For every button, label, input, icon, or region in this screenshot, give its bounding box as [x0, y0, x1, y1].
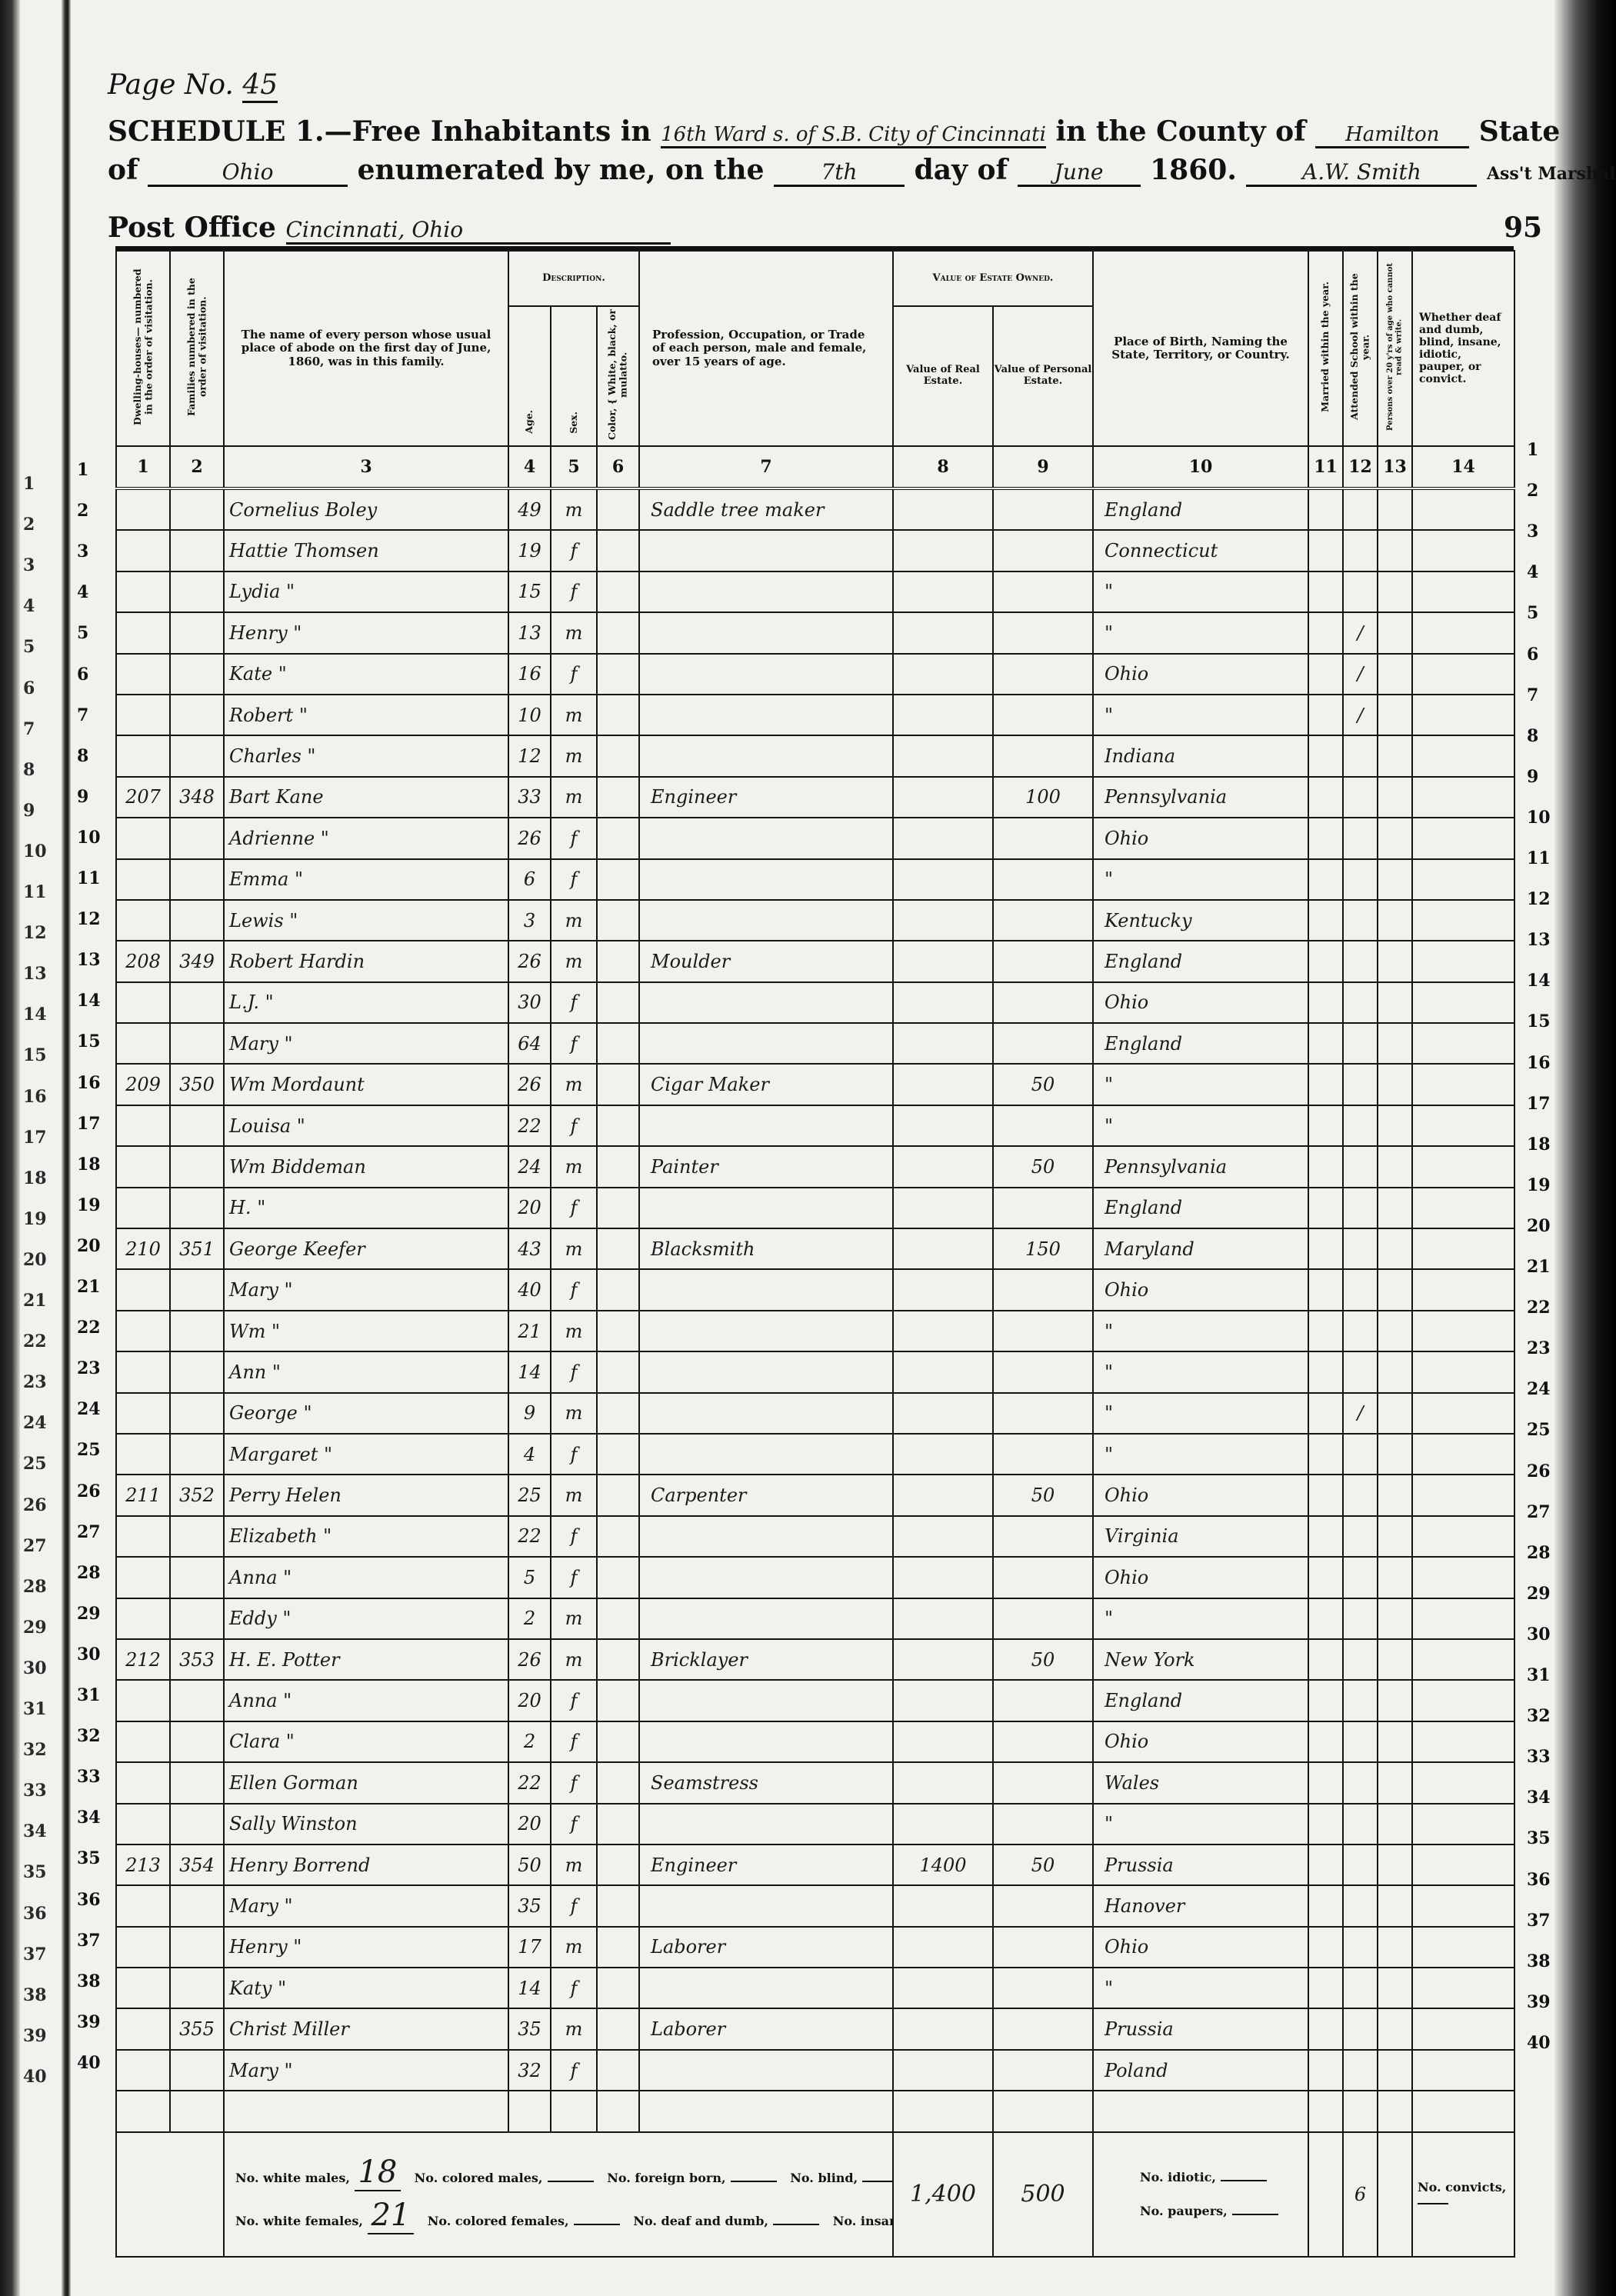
table-row: Mary "40fOhio	[116, 1269, 1514, 1310]
condition	[1412, 2008, 1514, 2049]
birthplace: "	[1093, 695, 1308, 735]
occupation	[639, 982, 893, 1023]
person-name: Mary "	[224, 2050, 508, 2091]
color	[597, 2008, 639, 2049]
table-row: Mary "32fPoland	[116, 2050, 1514, 2091]
real-estate-value	[893, 1105, 993, 1146]
person-name: Elizabeth "	[224, 1516, 508, 1557]
illiterate-mark	[1378, 735, 1412, 776]
dwelling-number	[116, 1146, 170, 1187]
line-number: 4	[1527, 562, 1558, 582]
family-number	[170, 488, 224, 530]
birthplace: "	[1093, 1598, 1308, 1639]
sex: f	[551, 1188, 597, 1228]
ghost-line-number: 7	[23, 719, 35, 739]
line-number: 12	[77, 909, 108, 929]
line-number: 12	[1527, 889, 1558, 909]
age: 26	[508, 818, 551, 858]
color	[597, 1968, 639, 2008]
birthplace: "	[1093, 1393, 1308, 1434]
sex: m	[551, 488, 597, 530]
illiterate-mark	[1378, 1885, 1412, 1926]
dwelling-number	[116, 612, 170, 653]
col-header-illiterate: Persons over 20 y'rs of age who cannot r…	[1378, 251, 1412, 446]
school-mark	[1343, 1146, 1378, 1187]
real-estate-value	[893, 1064, 993, 1105]
school-mark	[1343, 1927, 1378, 1968]
occupation: Saddle tree maker	[639, 488, 893, 530]
person-name: Wm Mordaunt	[224, 1064, 508, 1105]
school-mark	[1343, 1228, 1378, 1269]
line-number: 23	[77, 1358, 108, 1378]
sex: m	[551, 1064, 597, 1105]
personal-estate-value	[993, 1023, 1093, 1064]
sex: f	[551, 1968, 597, 2008]
age: 9	[508, 1393, 551, 1434]
illiterate-mark	[1378, 1064, 1412, 1105]
family-number: 352	[170, 1475, 224, 1515]
white-females-count: 21	[368, 2198, 414, 2234]
ghost-line-number: 19	[23, 1209, 47, 1229]
birthplace: New York	[1093, 1639, 1308, 1680]
condition	[1412, 2091, 1514, 2131]
person-name: George "	[224, 1393, 508, 1434]
personal-estate-value	[993, 1393, 1093, 1434]
occupation	[639, 1105, 893, 1146]
line-number: 39	[1527, 1992, 1558, 2012]
personal-estate-value	[993, 1968, 1093, 2008]
table-row: Henry "17mLaborerOhio	[116, 1927, 1514, 1968]
line-number: 32	[1527, 1706, 1558, 1726]
school-mark	[1343, 1475, 1378, 1515]
line-number: 39	[77, 2012, 108, 2032]
col-header-real-estate: Value of Real Estate.	[893, 306, 993, 446]
ghost-line-number: 11	[23, 882, 47, 902]
personal-estate-value	[993, 2008, 1093, 2049]
person-name: Ellen Gorman	[224, 1762, 508, 1803]
condition	[1412, 1885, 1514, 1926]
married-mark	[1308, 1064, 1343, 1105]
birthplace: Ohio	[1093, 818, 1308, 858]
condition	[1412, 777, 1514, 818]
age: 20	[508, 1188, 551, 1228]
line-number: 18	[77, 1155, 108, 1175]
line-number: 6	[1527, 645, 1558, 665]
occupation: Cigar Maker	[639, 1064, 893, 1105]
blind-blank	[862, 2181, 893, 2182]
line-number: 40	[77, 2053, 108, 2073]
married-mark	[1308, 1311, 1343, 1351]
personal-estate-value	[993, 2050, 1093, 2091]
occupation: Laborer	[639, 1927, 893, 1968]
birthplace: Prussia	[1093, 1844, 1308, 1885]
age: 6	[508, 859, 551, 900]
sex: m	[551, 1598, 597, 1639]
line-number: 26	[1527, 1461, 1558, 1481]
personal-estate-value	[993, 1311, 1093, 1351]
line-number: 3	[1527, 522, 1558, 542]
condition	[1412, 1311, 1514, 1351]
family-number	[170, 1557, 224, 1598]
married-mark	[1308, 1434, 1343, 1475]
family-number: 353	[170, 1639, 224, 1680]
line-number: 30	[77, 1645, 108, 1665]
school-mark	[1343, 941, 1378, 981]
person-name: Wm "	[224, 1311, 508, 1351]
real-estate-value	[893, 1885, 993, 1926]
column-number: 2	[170, 446, 224, 488]
occupation	[639, 1804, 893, 1844]
school-mark	[1343, 1557, 1378, 1598]
person-name: Henry Borrend	[224, 1844, 508, 1885]
ghost-line-number: 40	[23, 2067, 47, 2087]
age: 26	[508, 1064, 551, 1105]
dwelling-number	[116, 859, 170, 900]
person-name: Mary "	[224, 1269, 508, 1310]
age: 14	[508, 1351, 551, 1392]
family-number	[170, 1311, 224, 1351]
condition	[1412, 735, 1514, 776]
occupation	[639, 1516, 893, 1557]
birthplace: England	[1093, 488, 1308, 530]
family-number	[170, 818, 224, 858]
illiterate-mark	[1378, 488, 1412, 530]
color	[597, 1228, 639, 1269]
real-estate-value	[893, 572, 993, 612]
table-row: Kate "16fOhio/	[116, 654, 1514, 695]
year: 1860.	[1150, 154, 1237, 186]
col-group-description: Description.	[508, 251, 639, 306]
occupation	[639, 1269, 893, 1310]
color	[597, 1844, 639, 1885]
personal-estate-value	[993, 488, 1093, 530]
age	[508, 2091, 551, 2131]
line-number: 15	[1527, 1011, 1558, 1031]
sex: f	[551, 1557, 597, 1598]
line-number: 15	[77, 1031, 108, 1051]
age: 2	[508, 1598, 551, 1639]
married-mark	[1308, 1228, 1343, 1269]
age: 22	[508, 1516, 551, 1557]
real-estate-value	[893, 1434, 993, 1475]
column-number: 7	[639, 446, 893, 488]
real-estate-total: 1,400	[893, 2132, 993, 2257]
birthplace: "	[1093, 572, 1308, 612]
table-row: 213354Henry Borrend50mEngineer140050Prus…	[116, 1844, 1514, 1885]
age: 30	[508, 982, 551, 1023]
real-estate-value	[893, 2091, 993, 2131]
line-number: 31	[1527, 1665, 1558, 1685]
married-mark	[1308, 818, 1343, 858]
page-number-line: Page No. 45	[108, 69, 278, 103]
table-row: Ellen Gorman22fSeamstressWales	[116, 1762, 1514, 1803]
real-estate-value	[893, 1639, 993, 1680]
family-number	[170, 1927, 224, 1968]
ghost-line-number: 33	[23, 1781, 47, 1801]
personal-estate-value	[993, 1680, 1093, 1721]
summary-idiotic-paupers: No. idiotic, No. paupers,	[1093, 2132, 1308, 2257]
table-row: Henry "13m"/	[116, 612, 1514, 653]
col-header-school: Attended School within the year.	[1343, 251, 1378, 446]
married-mark	[1308, 900, 1343, 941]
ghost-line-number: 36	[23, 1904, 47, 1924]
month-field: June	[1018, 159, 1141, 187]
family-number	[170, 572, 224, 612]
summary-married	[1308, 2132, 1343, 2257]
line-number: 24	[1527, 1379, 1558, 1399]
condition	[1412, 982, 1514, 1023]
table-row: Anna "20fEngland	[116, 1680, 1514, 1721]
person-name: Christ Miller	[224, 2008, 508, 2049]
sex: m	[551, 735, 597, 776]
real-estate-value	[893, 1188, 993, 1228]
line-number: 20	[77, 1236, 108, 1256]
real-estate-value	[893, 941, 993, 981]
family-number	[170, 1434, 224, 1475]
school-mark	[1343, 1105, 1378, 1146]
table-row	[116, 2091, 1514, 2131]
line-number: 30	[1527, 1625, 1558, 1645]
table-row: Mary "64fEngland	[116, 1023, 1514, 1064]
person-name: Charles "	[224, 735, 508, 776]
occupation	[639, 1393, 893, 1434]
color	[597, 1393, 639, 1434]
real-estate-value	[893, 1598, 993, 1639]
real-estate-value: 1400	[893, 1844, 993, 1885]
condition	[1412, 1393, 1514, 1434]
real-estate-value	[893, 488, 993, 530]
table-row: 355Christ Miller35mLaborerPrussia	[116, 2008, 1514, 2049]
foreign-born-blank	[731, 2181, 777, 2182]
sex: f	[551, 1762, 597, 1803]
person-name: Margaret "	[224, 1434, 508, 1475]
color	[597, 1557, 639, 1598]
real-estate-value	[893, 1228, 993, 1269]
dwelling-number	[116, 488, 170, 530]
line-number: 35	[77, 1848, 108, 1868]
condition	[1412, 695, 1514, 735]
dwelling-number	[116, 572, 170, 612]
condition	[1412, 488, 1514, 530]
col-group-estate: Value of Estate Owned.	[893, 251, 1093, 306]
family-number	[170, 612, 224, 653]
table-row: Lydia "15f"	[116, 572, 1514, 612]
married-mark	[1308, 1844, 1343, 1885]
dwelling-number	[116, 735, 170, 776]
birthplace: "	[1093, 612, 1308, 653]
county-field: Hamilton	[1315, 123, 1469, 148]
line-number: 11	[1527, 848, 1558, 868]
birthplace: Ohio	[1093, 1269, 1308, 1310]
col-header-name: The name of every person whose usual pla…	[224, 251, 508, 446]
ghost-line-number: 13	[23, 964, 47, 984]
column-number: 12	[1343, 446, 1378, 488]
sex: f	[551, 1269, 597, 1310]
sex: m	[551, 695, 597, 735]
birthplace: "	[1093, 1311, 1308, 1351]
line-number: 9	[77, 787, 108, 807]
illiterate-mark	[1378, 1927, 1412, 1968]
age: 35	[508, 2008, 551, 2049]
line-number: 13	[1527, 930, 1558, 950]
line-number: 21	[1527, 1257, 1558, 1277]
illiterate-mark	[1378, 982, 1412, 1023]
post-office-field: Cincinnati, Ohio	[286, 217, 671, 245]
occupation	[639, 612, 893, 653]
sex: f	[551, 530, 597, 571]
line-number: 22	[77, 1318, 108, 1338]
birthplace: Virginia	[1093, 1516, 1308, 1557]
paupers-blank	[1232, 2214, 1278, 2215]
personal-estate-value	[993, 530, 1093, 571]
person-name: George Keefer	[224, 1228, 508, 1269]
line-number: 20	[1527, 1216, 1558, 1236]
birthplace: Ohio	[1093, 1557, 1308, 1598]
color	[597, 2091, 639, 2131]
person-name: L.J. "	[224, 982, 508, 1023]
line-number: 2	[1527, 481, 1558, 501]
illiterate-mark	[1378, 1516, 1412, 1557]
condition	[1412, 1516, 1514, 1557]
condition	[1412, 2050, 1514, 2091]
age: 4	[508, 1434, 551, 1475]
illiterate-mark	[1378, 1804, 1412, 1844]
table-row: 208349Robert Hardin26mMoulderEngland	[116, 941, 1514, 981]
dwelling-number	[116, 1393, 170, 1434]
illiterate-mark	[1378, 1475, 1412, 1515]
dwelling-number	[116, 1680, 170, 1721]
family-number: 349	[170, 941, 224, 981]
sex: m	[551, 900, 597, 941]
married-mark	[1308, 941, 1343, 981]
sex: f	[551, 1351, 597, 1392]
occupation	[639, 1680, 893, 1721]
column-number: 13	[1378, 446, 1412, 488]
personal-estate-value	[993, 1598, 1093, 1639]
table-row: Ann "14f"	[116, 1351, 1514, 1392]
sex: m	[551, 1393, 597, 1434]
personal-estate-value	[993, 612, 1093, 653]
dwelling-number	[116, 818, 170, 858]
dwelling-number	[116, 654, 170, 695]
dwelling-number: 208	[116, 941, 170, 981]
illiterate-mark	[1378, 1762, 1412, 1803]
person-name: Bart Kane	[224, 777, 508, 818]
binding-shadow-right	[1554, 0, 1616, 2296]
dwelling-number	[116, 1311, 170, 1351]
person-name	[224, 2091, 508, 2131]
ghost-line-number: 6	[23, 678, 35, 698]
personal-estate-value	[993, 695, 1093, 735]
married-mark	[1308, 1762, 1343, 1803]
school-mark	[1343, 1680, 1378, 1721]
line-number: 18	[1527, 1135, 1558, 1155]
illiterate-mark	[1378, 1844, 1412, 1885]
illiterate-mark	[1378, 941, 1412, 981]
personal-estate-value	[993, 1516, 1093, 1557]
line-number: 27	[1527, 1502, 1558, 1522]
color	[597, 2050, 639, 2091]
person-name: Mary "	[224, 1885, 508, 1926]
age: 20	[508, 1680, 551, 1721]
family-number	[170, 2091, 224, 2131]
family-number	[170, 1023, 224, 1064]
ghost-line-number: 38	[23, 1985, 47, 2005]
ghost-line-number: 4	[23, 596, 35, 616]
condition	[1412, 1064, 1514, 1105]
school-mark	[1343, 530, 1378, 571]
real-estate-value	[893, 1393, 993, 1434]
married-mark	[1308, 982, 1343, 1023]
condition	[1412, 572, 1514, 612]
line-number: 24	[77, 1399, 108, 1419]
summary-illiterate	[1378, 2132, 1412, 2257]
age: 16	[508, 654, 551, 695]
school-mark	[1343, 735, 1378, 776]
real-estate-value	[893, 530, 993, 571]
condition	[1412, 1269, 1514, 1310]
condition	[1412, 1968, 1514, 2008]
dwelling-number	[116, 1516, 170, 1557]
birthplace: Connecticut	[1093, 530, 1308, 571]
ghost-line-number: 16	[23, 1087, 47, 1107]
ghost-line-number: 8	[23, 760, 35, 780]
line-number: 26	[77, 1481, 108, 1501]
day-field: 7th	[774, 159, 905, 187]
line-number: 5	[77, 623, 108, 643]
personal-estate-value	[993, 1721, 1093, 1762]
table-row: Wm "21m"	[116, 1311, 1514, 1351]
sex: f	[551, 1680, 597, 1721]
binding-shadow-left	[0, 0, 20, 2296]
convicts-blank	[1418, 2203, 1448, 2204]
school-mark	[1343, 572, 1378, 612]
personal-estate-total: 500	[993, 2132, 1093, 2257]
color	[597, 612, 639, 653]
line-number: 22	[1527, 1298, 1558, 1318]
sex: f	[551, 2050, 597, 2091]
column-number: 14	[1412, 446, 1514, 488]
colored-females-blank	[574, 2224, 620, 2225]
illiterate-mark	[1378, 2050, 1412, 2091]
line-number: 28	[77, 1563, 108, 1583]
illiterate-mark	[1378, 1434, 1412, 1475]
age: 2	[508, 1721, 551, 1762]
married-mark	[1308, 1105, 1343, 1146]
summary-blank	[116, 2132, 224, 2257]
table-row: Anna "5fOhio	[116, 1557, 1514, 1598]
ghost-line-number: 3	[23, 555, 35, 575]
school-mark	[1343, 777, 1378, 818]
school-mark	[1343, 1885, 1378, 1926]
sex: f	[551, 654, 597, 695]
real-estate-value	[893, 1557, 993, 1598]
sex: f	[551, 1516, 597, 1557]
condition	[1412, 859, 1514, 900]
family-number	[170, 2050, 224, 2091]
age: 64	[508, 1023, 551, 1064]
color	[597, 859, 639, 900]
ghost-line-number: 31	[23, 1699, 47, 1719]
illiterate-mark	[1378, 572, 1412, 612]
table-row: 209350Wm Mordaunt26mCigar Maker50"	[116, 1064, 1514, 1105]
line-number: 9	[1527, 767, 1558, 787]
real-estate-value	[893, 1721, 993, 1762]
condition	[1412, 818, 1514, 858]
line-number: 16	[77, 1073, 108, 1093]
color	[597, 1885, 639, 1926]
ghost-line-number: 30	[23, 1658, 47, 1678]
